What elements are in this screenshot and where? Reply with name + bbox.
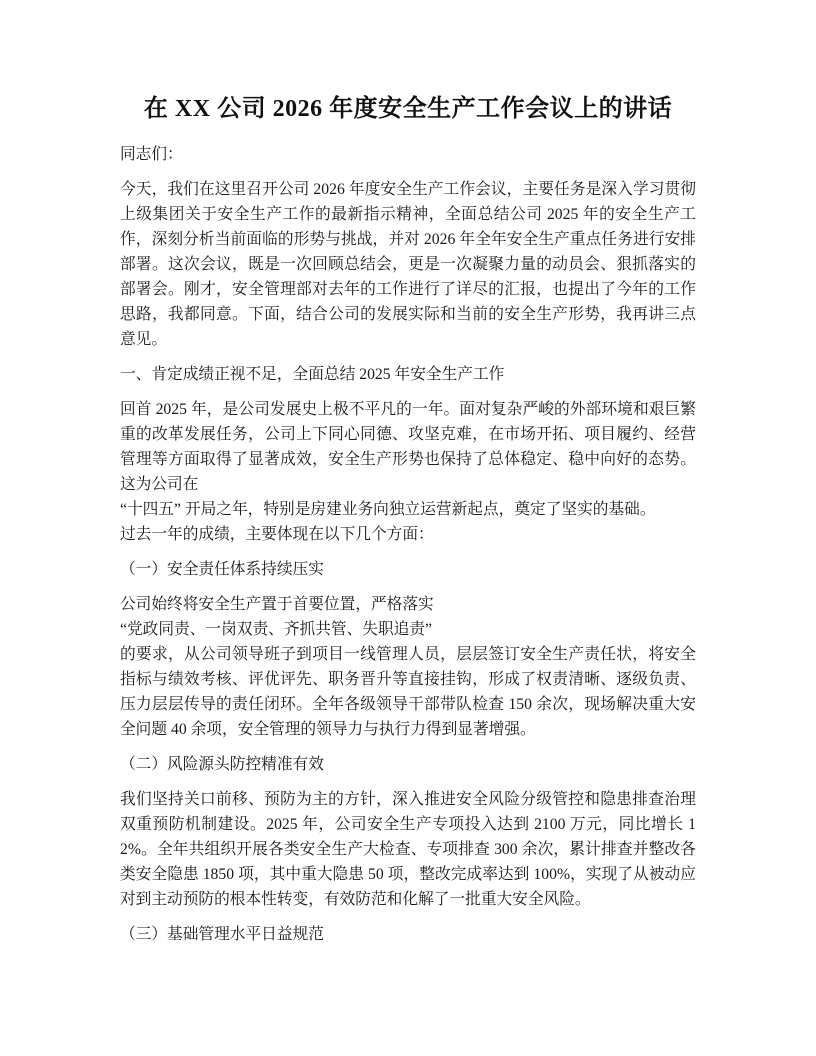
subsection-3-heading: （三）基础管理水平日益规范 [120,922,696,947]
subsection-2-heading: （二）风险源头防控精准有效 [120,752,696,777]
subsection-2-body: 我们坚持关口前移、预防为主的方针，深入推进安全风险分级管控和隐患排查治理双重预防… [120,787,696,912]
section-1-overview-line-3: 过去一年的成绩，主要体现在以下几个方面： [120,522,696,547]
subsection-1-body-line-1: 公司始终将安全生产置于首要位置，严格落实 [120,592,696,617]
salutation: 同志们： [120,142,696,167]
section-1-overview-paragraph: 回首 2025 年，是公司发展史上极不平凡的一年。面对复杂严峻的外部环境和艰巨繁… [120,397,696,547]
section-1-overview-line-2: “十四五” 开局之年，特别是房建业务向独立运营新起点，奠定了坚实的基础。 [120,497,696,522]
document-page: 在 XX 公司 2026 年度安全生产工作会议上的讲话 同志们： 今天，我们在这… [0,0,816,1056]
subsection-1-heading: （一）安全责任体系持续压实 [120,557,696,582]
section-1-overview-line-1: 回首 2025 年，是公司发展史上极不平凡的一年。面对复杂严峻的外部环境和艰巨繁… [120,397,696,497]
document-title: 在 XX 公司 2026 年度安全生产工作会议上的讲话 [120,92,696,126]
subsection-1-body: 公司始终将安全生产置于首要位置，严格落实 “党政同责、一岗双责、齐抓共管、失职追… [120,592,696,742]
subsection-1-body-line-3: 的要求，从公司领导班子到项目一线管理人员，层层签订安全生产责任状，将安全指标与绩… [120,642,696,742]
subsection-1-body-line-2: “党政同责、一岗双责、齐抓共管、失职追责” [120,617,696,642]
intro-paragraph: 今天，我们在这里召开公司 2026 年度安全生产工作会议，主要任务是深入学习贯彻… [120,177,696,352]
section-1-heading: 一、肯定成绩正视不足，全面总结 2025 年安全生产工作 [120,362,696,387]
